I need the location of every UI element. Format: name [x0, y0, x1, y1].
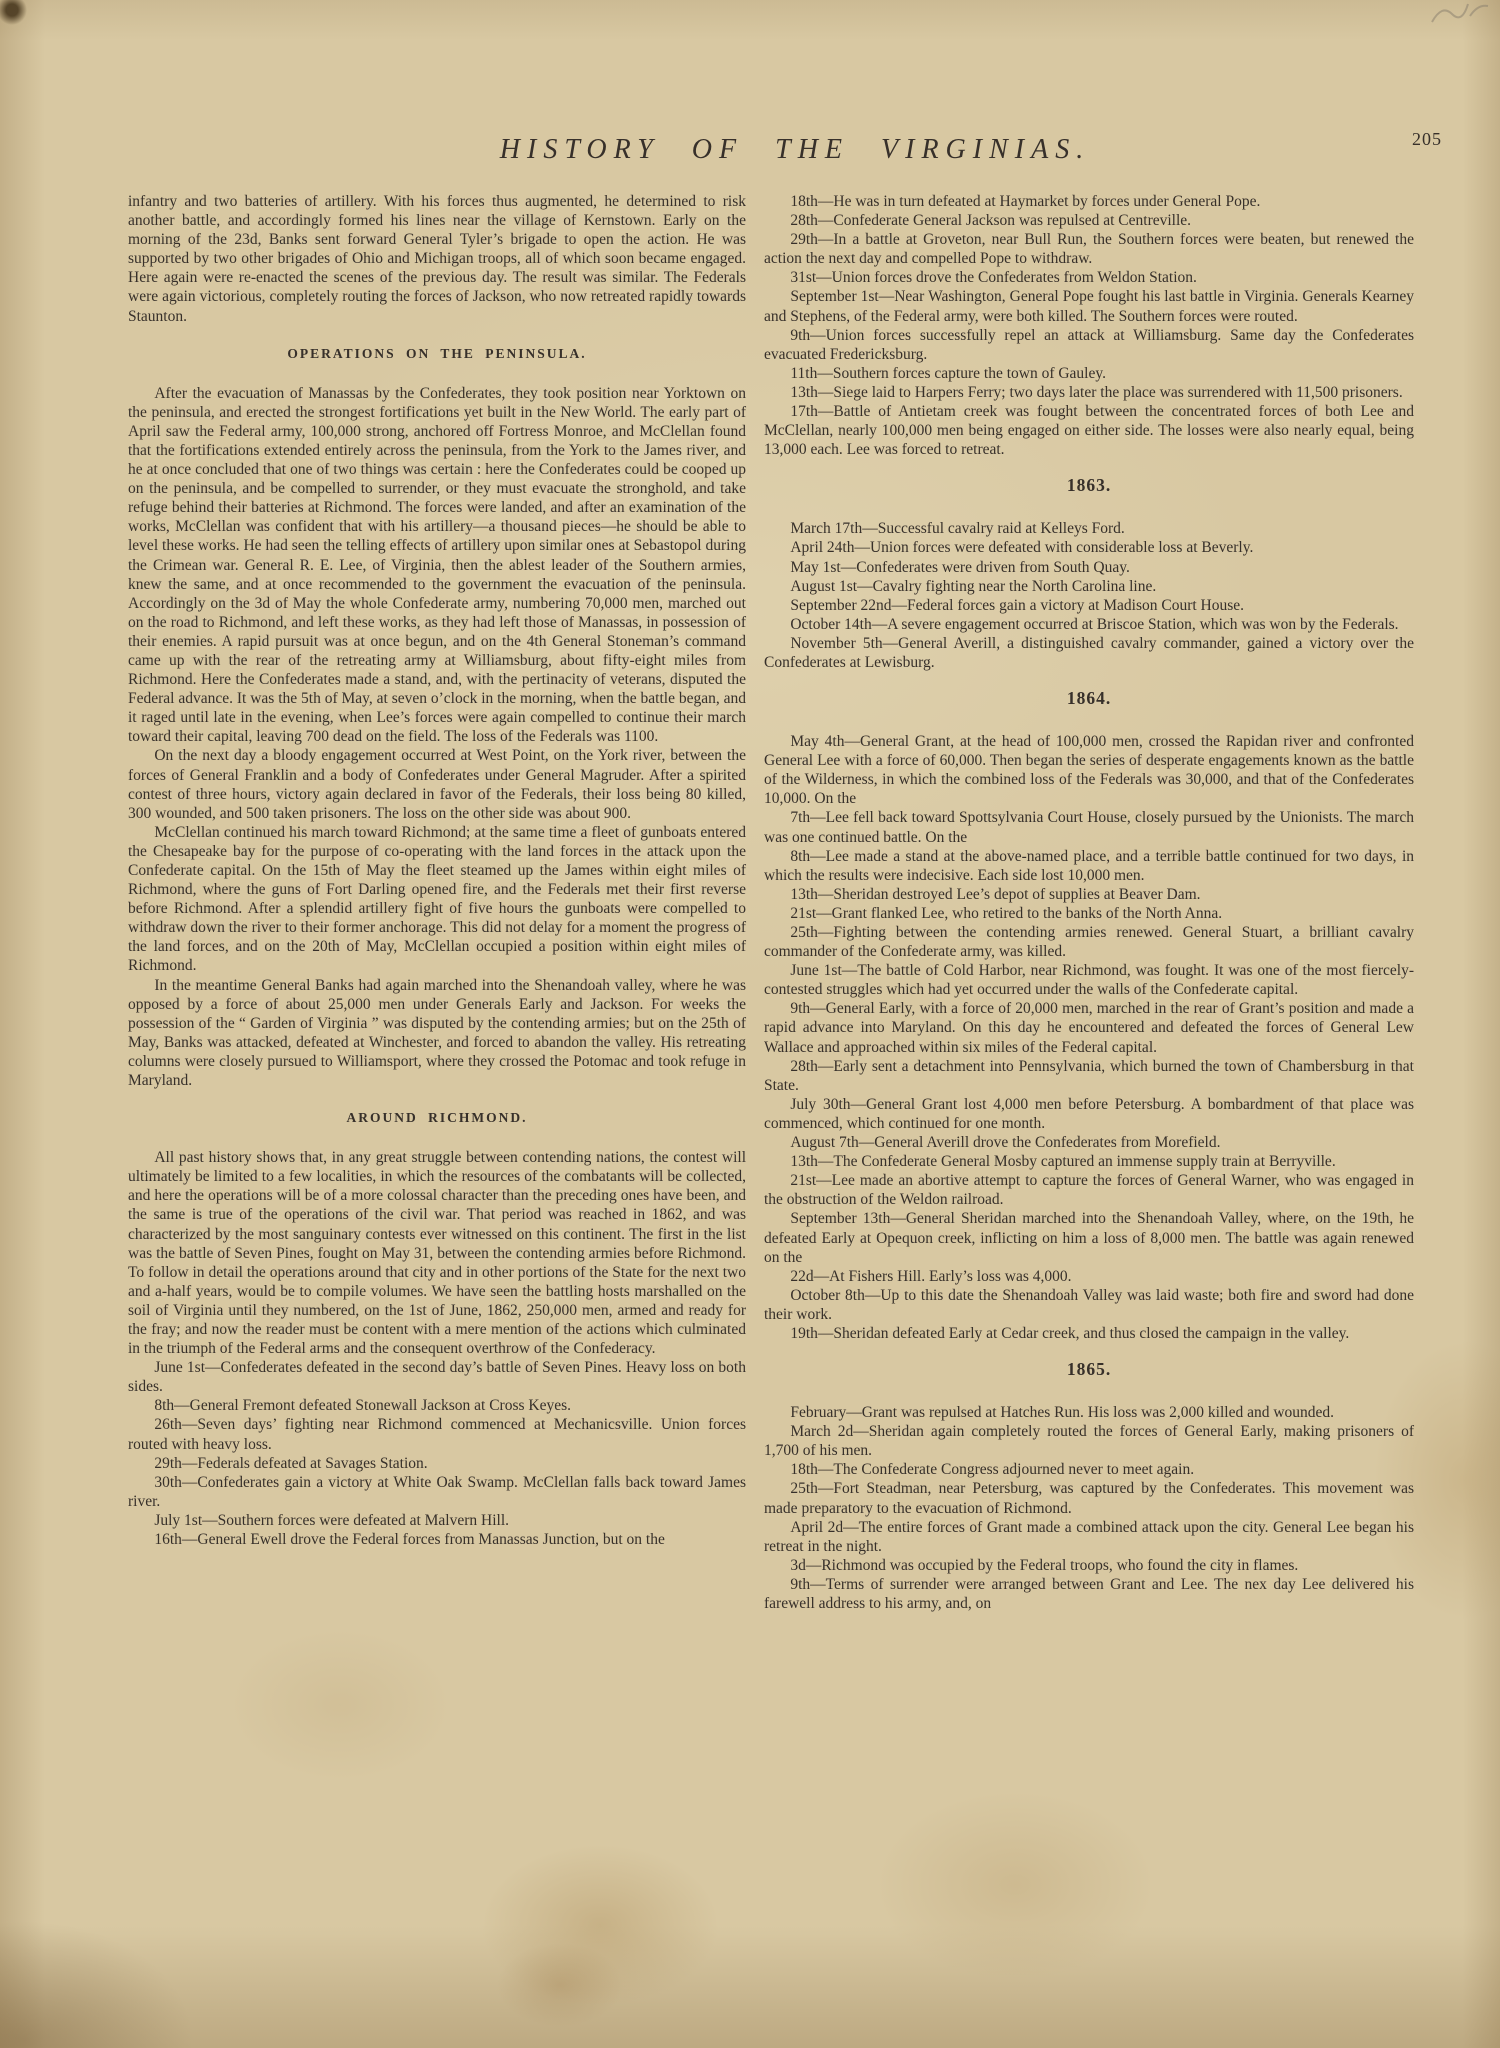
- year-heading: 1864.: [764, 689, 1414, 708]
- timeline-entry: 16th—General Ewell drove the Federal for…: [128, 1530, 746, 1549]
- timeline-entry: September 22nd—Federal forces gain a vic…: [764, 596, 1414, 615]
- right-column: 18th—He was in turn defeated at Haymarke…: [764, 192, 1414, 1613]
- timeline-entry: April 2d—The entire forces of Grant made…: [764, 1518, 1414, 1556]
- timeline-entry: 18th—He was in turn defeated at Haymarke…: [764, 192, 1414, 211]
- paragraph: On the next day a bloody engagement occu…: [128, 746, 746, 822]
- timeline-entry: August 1st—Cavalry fighting near the Nor…: [764, 577, 1414, 596]
- timeline-entry: 8th—General Fremont defeated Stonewall J…: [128, 1396, 746, 1415]
- timeline-entry: 21st—Grant flanked Lee, who retired to t…: [764, 904, 1414, 923]
- section-heading: AROUND RICHMOND.: [128, 1110, 746, 1126]
- paragraph: infantry and two batteries of artillery.…: [128, 192, 746, 326]
- page-number: 205: [1412, 129, 1442, 150]
- section-heading: OPERATIONS ON THE PENINSULA.: [128, 346, 746, 362]
- timeline-entry: 3d—Richmond was occupied by the Federal …: [764, 1556, 1414, 1575]
- timeline-entry: April 24th—Union forces were defeated wi…: [764, 538, 1414, 557]
- timeline-entry: 18th—The Confederate Congress adjourned …: [764, 1460, 1414, 1479]
- pencil-mark: [1428, 0, 1498, 30]
- timeline-entry: 28th—Confederate General Jackson was rep…: [764, 211, 1414, 230]
- paragraph: After the evacuation of Manassas by the …: [128, 384, 746, 747]
- timeline-entry: 17th—Battle of Antietam creek was fought…: [764, 402, 1414, 459]
- year-heading: 1865.: [764, 1360, 1414, 1379]
- timeline-entry: 8th—Lee made a stand at the above-named …: [764, 847, 1414, 885]
- timeline-entry: 13th—Siege laid to Harpers Ferry; two da…: [764, 383, 1414, 402]
- timeline-entry: 30th—Confederates gain a victory at Whit…: [128, 1473, 746, 1511]
- timeline-entry: 25th—Fighting between the contending arm…: [764, 923, 1414, 961]
- timeline-entry: 25th—Fort Steadman, near Petersburg, was…: [764, 1479, 1414, 1517]
- timeline-entry: 13th—The Confederate General Mosby captu…: [764, 1152, 1414, 1171]
- timeline-entry: September 13th—General Sheridan marched …: [764, 1209, 1414, 1266]
- timeline-entry: July 1st—Southern forces were defeated a…: [128, 1511, 746, 1530]
- paragraph: McClellan continued his march toward Ric…: [128, 823, 746, 976]
- timeline-entry: 11th—Southern forces capture the town of…: [764, 364, 1414, 383]
- timeline-entry: May 1st—Confederates were driven from So…: [764, 558, 1414, 577]
- timeline-entry: 26th—Seven days’ fighting near Richmond …: [128, 1415, 746, 1453]
- timeline-entry: September 1st—Near Washington, General P…: [764, 287, 1414, 325]
- timeline-entry: March 17th—Successful cavalry raid at Ke…: [764, 519, 1414, 538]
- timeline-entry: July 30th—General Grant lost 4,000 men b…: [764, 1095, 1414, 1133]
- paragraph: In the meantime General Banks had again …: [128, 976, 746, 1091]
- timeline-entry: October 14th—A severe engagement occurre…: [764, 615, 1414, 634]
- timeline-entry: 19th—Sheridan defeated Early at Cedar cr…: [764, 1324, 1414, 1343]
- timeline-entry: May 4th—General Grant, at the head of 10…: [764, 732, 1414, 808]
- timeline-entry: 7th—Lee fell back toward Spottsylvania C…: [764, 808, 1414, 846]
- paragraph: All past history shows that, in any grea…: [128, 1148, 746, 1358]
- timeline-entry: June 1st—The battle of Cold Harbor, near…: [764, 961, 1414, 999]
- book-page-scan: HISTORY OF THE VIRGINIAS. 205 infantry a…: [0, 0, 1500, 2048]
- timeline-entry: 13th—Sheridan destroyed Lee’s depot of s…: [764, 885, 1414, 904]
- left-column: infantry and two batteries of artillery.…: [128, 192, 746, 1549]
- timeline-entry: 28th—Early sent a detachment into Pennsy…: [764, 1057, 1414, 1095]
- timeline-entry: November 5th—General Averill, a distingu…: [764, 634, 1414, 672]
- year-heading: 1863.: [764, 476, 1414, 495]
- timeline-entry: 21st—Lee made an abortive attempt to cap…: [764, 1171, 1414, 1209]
- timeline-entry: August 7th—General Averill drove the Con…: [764, 1133, 1414, 1152]
- timeline-entry: 9th—Union forces successfully repel an a…: [764, 326, 1414, 364]
- timeline-entry: 29th—Federals defeated at Savages Statio…: [128, 1454, 746, 1473]
- timeline-entry: June 1st—Confederates defeated in the se…: [128, 1358, 746, 1396]
- timeline-entry: October 8th—Up to this date the Shenando…: [764, 1286, 1414, 1324]
- timeline-entry: 29th—In a battle at Groveton, near Bull …: [764, 230, 1414, 268]
- timeline-entry: 9th—General Early, with a force of 20,00…: [764, 999, 1414, 1056]
- timeline-entry: 22d—At Fishers Hill. Early’s loss was 4,…: [764, 1267, 1414, 1286]
- timeline-entry: 31st—Union forces drove the Confederates…: [764, 268, 1414, 287]
- page-title: HISTORY OF THE VIRGINIAS.: [90, 134, 1500, 166]
- timeline-entry: February—Grant was repulsed at Hatches R…: [764, 1403, 1414, 1422]
- text-columns: infantry and two batteries of artillery.…: [128, 192, 1414, 1613]
- timeline-entry: 9th—Terms of surrender were arranged bet…: [764, 1575, 1414, 1613]
- timeline-entry: March 2d—Sheridan again completely route…: [764, 1422, 1414, 1460]
